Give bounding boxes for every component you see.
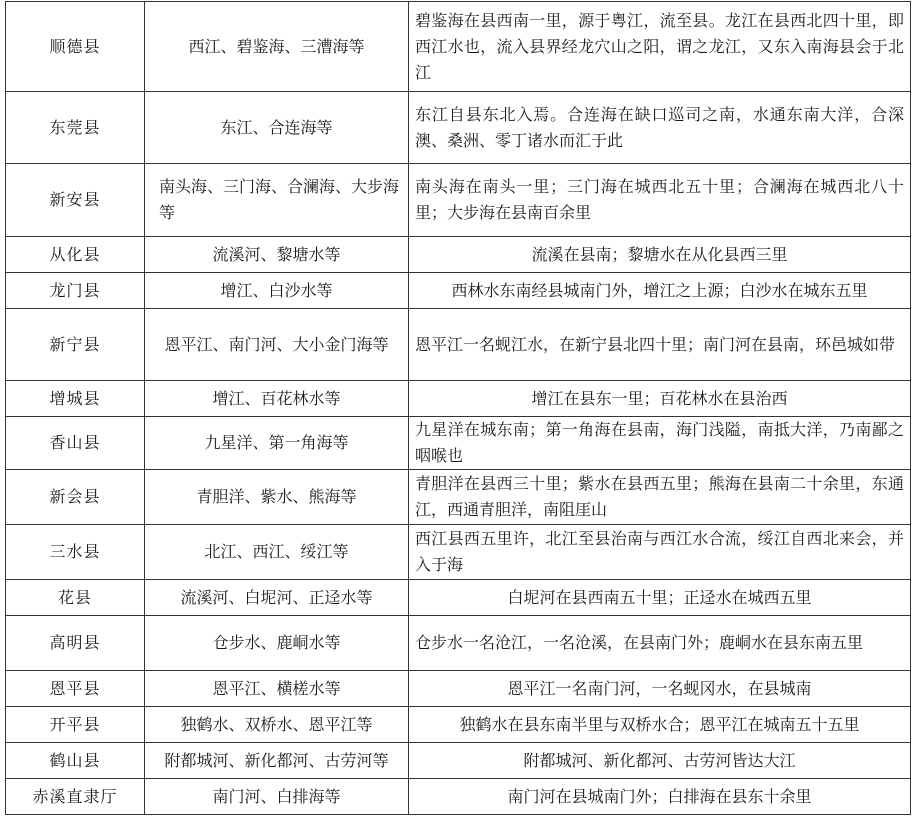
county-cell: 增城县 — [6, 381, 145, 417]
rivers-cell: 南门河、白排海等 — [145, 779, 409, 815]
county-cell: 东莞县 — [6, 92, 145, 164]
county-cell: 赤溪直隶厅 — [6, 779, 145, 815]
county-cell: 新安县 — [6, 164, 145, 237]
county-cell: 鹤山县 — [6, 743, 145, 779]
table-row: 新会县 青胆洋、紫水、熊海等 青胆洋在县西三十里；紫水在县西五里；熊海在县南二十… — [6, 470, 911, 525]
county-cell: 开平县 — [6, 707, 145, 743]
table-row: 高明县 仓步水、鹿峒水等 仓步水一名沧江，一名沧溪，在县南门外；鹿峒水在县东南五… — [6, 616, 911, 671]
description-cell: 恩平江一名南门河，一名蚬冈水，在县城南 — [409, 671, 911, 707]
rivers-cell: 流溪河、黎塘水等 — [145, 237, 409, 273]
rivers-cell: 北江、西江、绥江等 — [145, 525, 409, 580]
county-cell: 高明县 — [6, 616, 145, 671]
rivers-table: 顺德县 西江、碧鉴海、三漕海等 碧鉴海在县西南一里，源于粤江，流至县。龙江在县西… — [5, 1, 911, 815]
description-cell: 东江自县东北入焉。合连海在缺口巡司之南，水通东南大洋，合深澳、桑洲、零丁诸水而汇… — [409, 92, 911, 164]
county-cell: 从化县 — [6, 237, 145, 273]
table-row: 新宁县 恩平江、南门河、大小金门海等 恩平江一名蚬江水，在新宁县北四十里；南门河… — [6, 309, 911, 381]
description-cell: 青胆洋在县西三十里；紫水在县西五里；熊海在县南二十余里，东通江，西通青胆洋，南阻… — [409, 470, 911, 525]
description-cell: 南头海在南头一里；三门海在城西北五十里；合澜海在城西北八十里；大步海在县南百余里 — [409, 164, 911, 237]
county-cell: 新会县 — [6, 470, 145, 525]
table-row: 香山县 九星洋、第一角海等 九星洋在城东南；第一角海在县南，海门浅隘，南抵大洋，… — [6, 417, 911, 470]
description-cell: 西林水东南经县城南门外，增江之上源；白沙水在城东五里 — [409, 273, 911, 309]
rivers-cell: 增江、百花林水等 — [145, 381, 409, 417]
description-cell: 恩平江一名蚬江水，在新宁县北四十里；南门河在县南，环邑城如带 — [409, 309, 911, 381]
rivers-cell: 恩平江、横槎水等 — [145, 671, 409, 707]
rivers-cell: 增江、白沙水等 — [145, 273, 409, 309]
table-row: 开平县 独鹤水、双桥水、恩平江等 独鹤水在县东南半里与双桥水合；恩平江在城南五十… — [6, 707, 911, 743]
description-cell: 南门河在县城南门外；白排海在县东十余里 — [409, 779, 911, 815]
rivers-cell: 附都城河、新化都河、古劳河等 — [145, 743, 409, 779]
county-cell: 花县 — [6, 580, 145, 616]
table-row: 恩平县 恩平江、横槎水等 恩平江一名南门河，一名蚬冈水，在县城南 — [6, 671, 911, 707]
table-row: 顺德县 西江、碧鉴海、三漕海等 碧鉴海在县西南一里，源于粤江，流至县。龙江在县西… — [6, 2, 911, 92]
table-row: 三水县 北江、西江、绥江等 西江县西五里许，北江至县治南与西江水合流，绥江自西北… — [6, 525, 911, 580]
table-body: 顺德县 西江、碧鉴海、三漕海等 碧鉴海在县西南一里，源于粤江，流至县。龙江在县西… — [6, 2, 911, 815]
rivers-cell: 流溪河、白坭河、正迳水等 — [145, 580, 409, 616]
county-cell: 香山县 — [6, 417, 145, 470]
description-cell: 碧鉴海在县西南一里，源于粤江，流至县。龙江在县西北四十里，即西江水也，流入县界经… — [409, 2, 911, 92]
table-row: 从化县 流溪河、黎塘水等 流溪在县南；黎塘水在从化县西三里 — [6, 237, 911, 273]
description-cell: 九星洋在城东南；第一角海在县南，海门浅隘，南抵大洋，乃南鄙之咽喉也 — [409, 417, 911, 470]
description-cell: 仓步水一名沧江，一名沧溪，在县南门外；鹿峒水在县东南五里 — [409, 616, 911, 671]
rivers-cell: 恩平江、南门河、大小金门海等 — [145, 309, 409, 381]
rivers-cell: 西江、碧鉴海、三漕海等 — [145, 2, 409, 92]
table-row: 鹤山县 附都城河、新化都河、古劳河等 附都城河、新化都河、古劳河皆达大江 — [6, 743, 911, 779]
rivers-cell: 仓步水、鹿峒水等 — [145, 616, 409, 671]
table-row: 增城县 增江、百花林水等 增江在县东一里；百花林水在县治西 — [6, 381, 911, 417]
rivers-cell: 独鹤水、双桥水、恩平江等 — [145, 707, 409, 743]
table-row: 花县 流溪河、白坭河、正迳水等 白坭河在县西南五十里；正迳水在城西五里 — [6, 580, 911, 616]
rivers-cell: 东江、合连海等 — [145, 92, 409, 164]
table-row: 新安县 南头海、三门海、合澜海、大步海等 南头海在南头一里；三门海在城西北五十里… — [6, 164, 911, 237]
county-cell: 龙门县 — [6, 273, 145, 309]
rivers-cell: 南头海、三门海、合澜海、大步海等 — [145, 164, 409, 237]
county-cell: 新宁县 — [6, 309, 145, 381]
description-cell: 独鹤水在县东南半里与双桥水合；恩平江在城南五十五里 — [409, 707, 911, 743]
rivers-cell: 九星洋、第一角海等 — [145, 417, 409, 470]
description-cell: 附都城河、新化都河、古劳河皆达大江 — [409, 743, 911, 779]
county-cell: 三水县 — [6, 525, 145, 580]
county-cell: 顺德县 — [6, 2, 145, 92]
description-cell: 增江在县东一里；百花林水在县治西 — [409, 381, 911, 417]
description-cell: 白坭河在县西南五十里；正迳水在城西五里 — [409, 580, 911, 616]
description-cell: 西江县西五里许，北江至县治南与西江水合流，绥江自西北来会，并入于海 — [409, 525, 911, 580]
table-row: 赤溪直隶厅 南门河、白排海等 南门河在县城南门外；白排海在县东十余里 — [6, 779, 911, 815]
rivers-cell: 青胆洋、紫水、熊海等 — [145, 470, 409, 525]
table-row: 东莞县 东江、合连海等 东江自县东北入焉。合连海在缺口巡司之南，水通东南大洋，合… — [6, 92, 911, 164]
table-row: 龙门县 增江、白沙水等 西林水东南经县城南门外，增江之上源；白沙水在城东五里 — [6, 273, 911, 309]
description-cell: 流溪在县南；黎塘水在从化县西三里 — [409, 237, 911, 273]
county-cell: 恩平县 — [6, 671, 145, 707]
